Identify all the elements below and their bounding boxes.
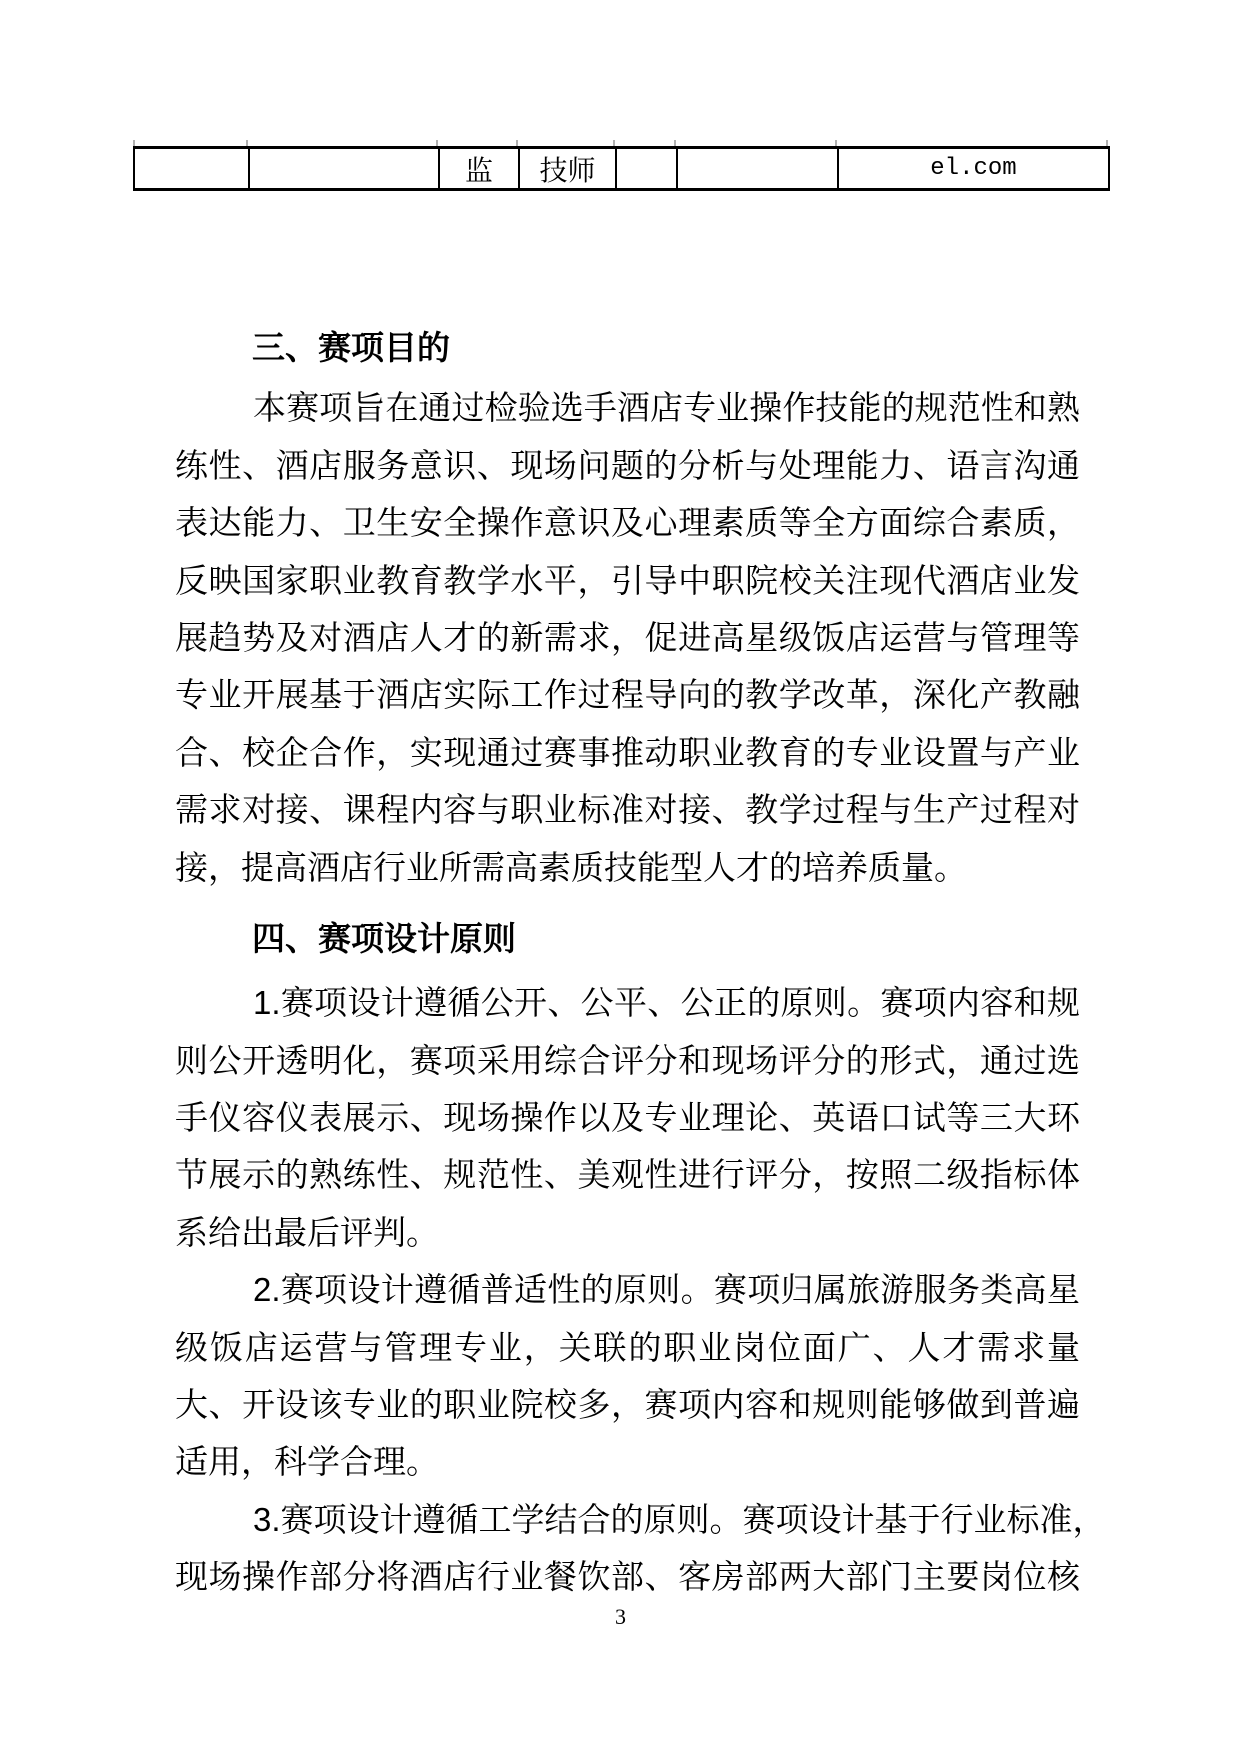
table-cell [135, 149, 248, 188]
section3-heading: 三、赛项目的 [175, 319, 1080, 376]
page-number: 3 [0, 1602, 1241, 1632]
body-line: 级饭店运营与管理专业，关联的职业岗位面广、人才需求量 [175, 1319, 1080, 1376]
body-line: 现场操作部分将酒店行业餐饮部、客房部两大部门主要岗位核 [175, 1548, 1080, 1605]
body-line: 手仪容仪表展示、现场操作以及专业理论、英语口试等三大环 [175, 1089, 1080, 1146]
paragraph: 3.赛项设计遵循工学结合的原则。赛项设计基于行业标准， 现场操作部分将酒店行业餐… [175, 1491, 1080, 1606]
paragraph: 2.赛项设计遵循普适性的原则。赛项归属旅游服务类高星 级饭店运营与管理专业，关联… [175, 1261, 1080, 1491]
body-line: 系给出最后评判。 [175, 1204, 1080, 1261]
body-line: 大、开设该专业的职业院校多，赛项内容和规则能够做到普遍 [175, 1376, 1080, 1433]
body-line: 1.赛项设计遵循公开、公平、公正的原则。赛项内容和规 [175, 974, 1080, 1031]
table-fragment-row: 监 技师 el.com [133, 146, 1110, 191]
body-line: 展趋势及对酒店人才的新需求，促进高星级饭店运营与管理等 [175, 609, 1080, 666]
body-line: 需求对接、课程内容与职业标准对接、教学过程与生产过程对 [175, 781, 1080, 838]
paragraph: 1.赛项设计遵循公开、公平、公正的原则。赛项内容和规 则公开透明化，赛项采用综合… [175, 974, 1080, 1261]
body-line: 反映国家职业教育教学水平，引导中职院校关注现代酒店业发 [175, 552, 1080, 609]
table-cell [676, 149, 837, 188]
body-line: 专业开展基于酒店实际工作过程导向的教学改革，深化产教融 [175, 666, 1080, 723]
table-cell [248, 149, 438, 188]
table-cell [615, 149, 676, 188]
table-cell: 监 [438, 149, 518, 188]
body-line: 表达能力、卫生安全操作意识及心理素质等全方面综合素质， [175, 494, 1080, 551]
body-line: 则公开透明化，赛项采用综合评分和现场评分的形式，通过选 [175, 1032, 1080, 1089]
section4-heading: 四、赛项设计原则 [175, 910, 1080, 967]
body-line: 适用，科学合理。 [175, 1433, 1080, 1490]
body-line: 2.赛项设计遵循普适性的原则。赛项归属旅游服务类高星 [175, 1261, 1080, 1318]
document-page: 监 技师 el.com 三、赛项目的 本赛项旨在通过检验选手酒店专业操作技能的规… [0, 0, 1241, 1754]
table-cell: 技师 [518, 149, 615, 188]
body-line: 接，提高酒店行业所需高素质技能型人才的培养质量。 [175, 839, 1080, 896]
document-body: 三、赛项目的 本赛项旨在通过检验选手酒店专业操作技能的规范性和熟 练性、酒店服务… [175, 319, 1080, 1606]
body-line: 3.赛项设计遵循工学结合的原则。赛项设计基于行业标准， [175, 1491, 1080, 1548]
body-line: 节展示的熟练性、规范性、美观性进行评分，按照二级指标体 [175, 1146, 1080, 1203]
body-line: 练性、酒店服务意识、现场问题的分析与处理能力、语言沟通 [175, 437, 1080, 494]
paragraph: 本赛项旨在通过检验选手酒店专业操作技能的规范性和熟 练性、酒店服务意识、现场问题… [175, 379, 1080, 896]
body-line: 本赛项旨在通过检验选手酒店专业操作技能的规范性和熟 [175, 379, 1080, 436]
body-line: 合、校企合作，实现通过赛事推动职业教育的专业设置与产业 [175, 724, 1080, 781]
table-cell-email: el.com [837, 149, 1108, 188]
